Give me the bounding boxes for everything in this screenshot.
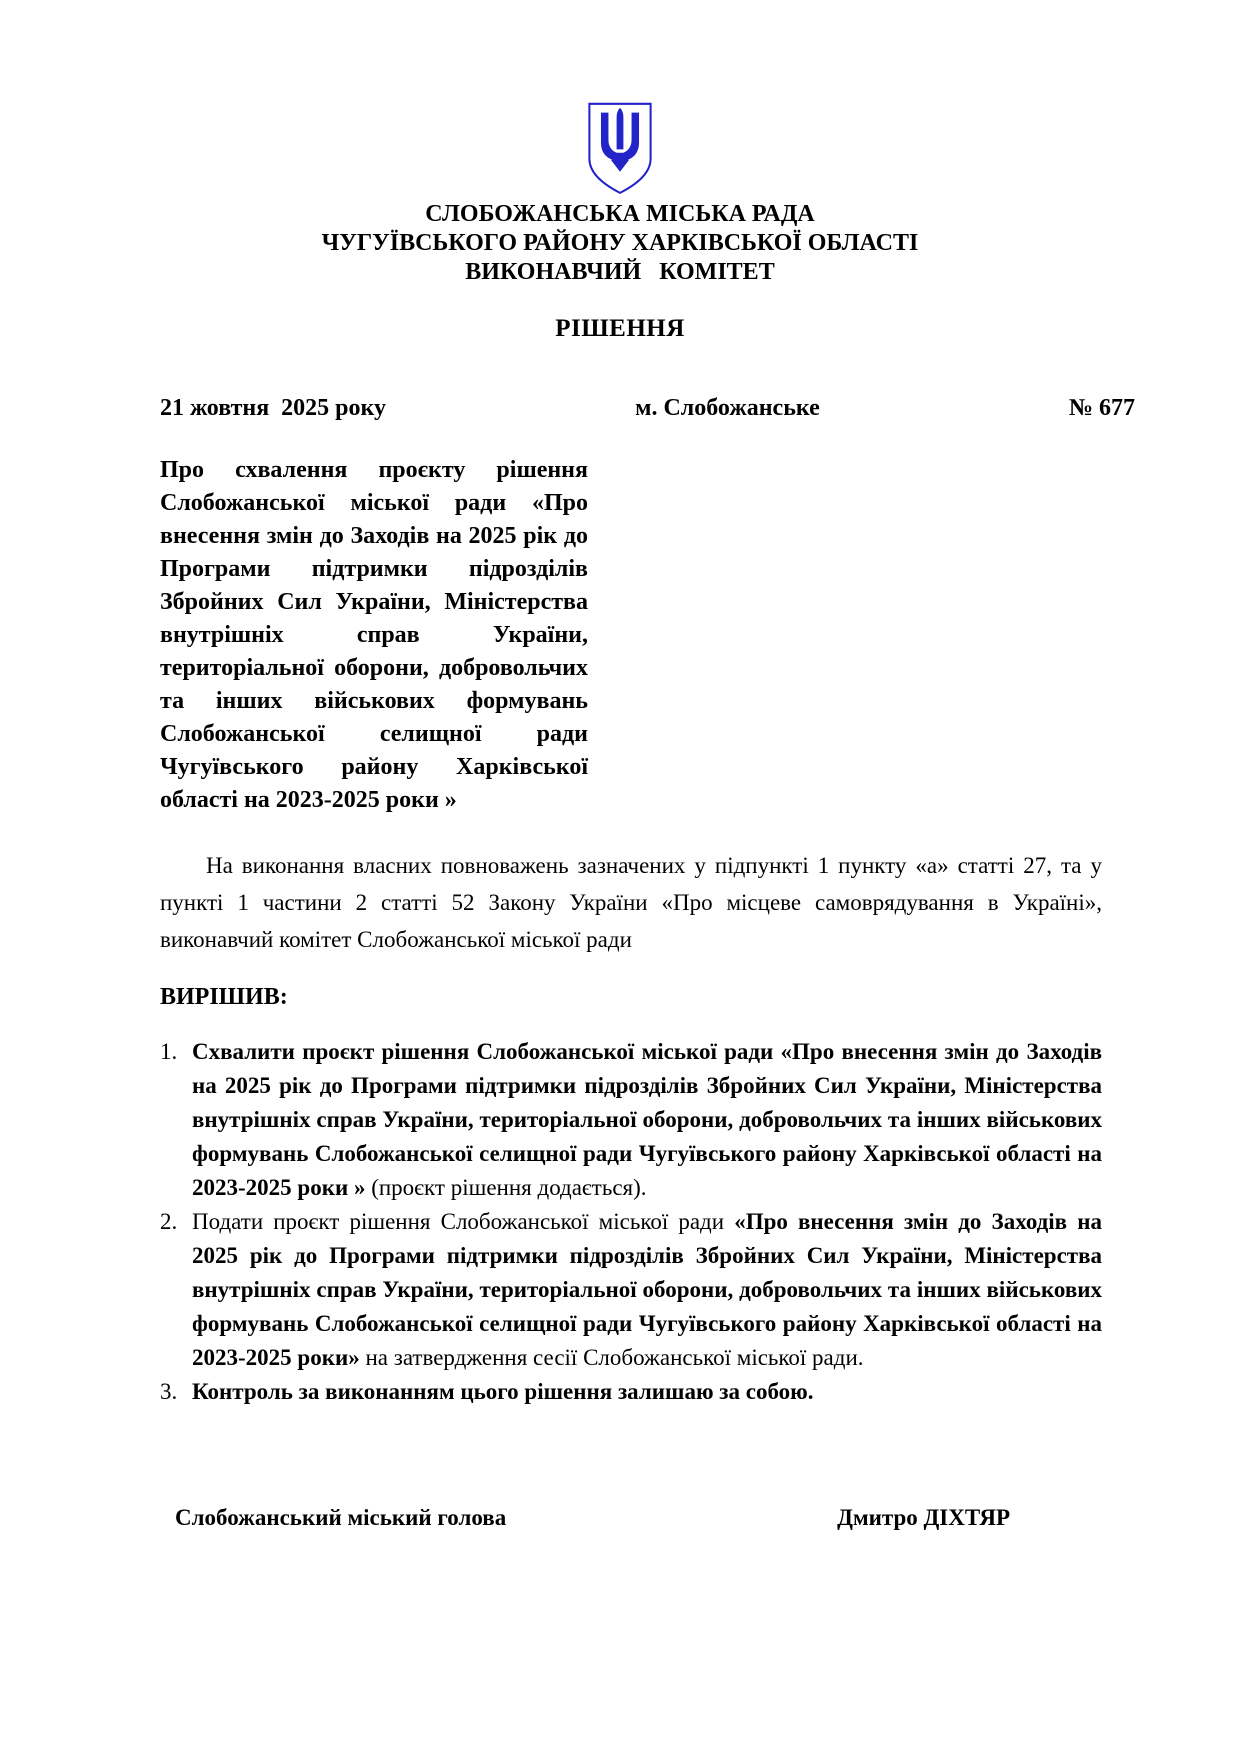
document-page: СЛОБОЖАНСЬКА МІСЬКА РАДА ЧУГУЇВСЬКОГО РА… [0, 0, 1240, 1754]
document-date: 21 жовтня 2025 року [160, 395, 386, 422]
resolution-item: 1.Схвалити проєкт рішення Слобожанської … [160, 1035, 1102, 1205]
resolution-item-text: (проєкт рішення додається). [371, 1175, 646, 1200]
resolution-item-text: Подати проєкт рішення Слобожанської місь… [192, 1209, 734, 1234]
tryzub-icon [586, 100, 654, 196]
document-number: № 677 [1069, 395, 1135, 422]
org-district: ЧУГУЇВСЬКОГО РАЙОНУ ХАРКІВСЬКОЇ ОБЛАСТІ [0, 229, 1240, 258]
signature-title: Слобожанський міський голова [175, 1505, 506, 1531]
document-type-title: РІШЕННЯ [0, 315, 1240, 343]
signature-name: Дмитро ДІХТЯР [837, 1505, 1010, 1531]
preamble-paragraph: На виконання власних повноважень зазначе… [160, 847, 1102, 958]
org-committee: ВИКОНАВЧИЙ КОМІТЕТ [0, 258, 1240, 287]
resolved-heading: ВИРІШИВ: [160, 984, 1240, 1011]
resolution-item: 3.Контроль за виконанням цього рішення з… [160, 1375, 1102, 1409]
resolution-item: 2.Подати проєкт рішення Слобожанської мі… [160, 1205, 1102, 1375]
subject-block: Про схвалення проєкту рішення Слобожансь… [160, 454, 588, 817]
ukraine-trident-emblem [586, 100, 654, 196]
resolution-item-text: на затвердження сесії Слобожанської місь… [360, 1345, 864, 1370]
signature-row: Слобожанський міський голова Дмитро ДІХТ… [0, 1505, 1240, 1531]
document-meta-row: 21 жовтня 2025 року м. Слобожанське № 67… [0, 395, 1240, 422]
resolution-item-text: Контроль за виконанням цього рішення зал… [192, 1379, 814, 1404]
resolution-item-number: 1. [160, 1035, 177, 1069]
resolution-list: 1.Схвалити проєкт рішення Слобожанської … [160, 1035, 1102, 1409]
document-place: м. Слобожанське [635, 395, 820, 422]
resolution-item-number: 3. [160, 1375, 177, 1409]
org-name: СЛОБОЖАНСЬКА МІСЬКА РАДА [0, 200, 1240, 229]
resolution-item-number: 2. [160, 1205, 177, 1239]
resolution-item-text: Схвалити проєкт рішення Слобожанської мі… [192, 1039, 1102, 1200]
